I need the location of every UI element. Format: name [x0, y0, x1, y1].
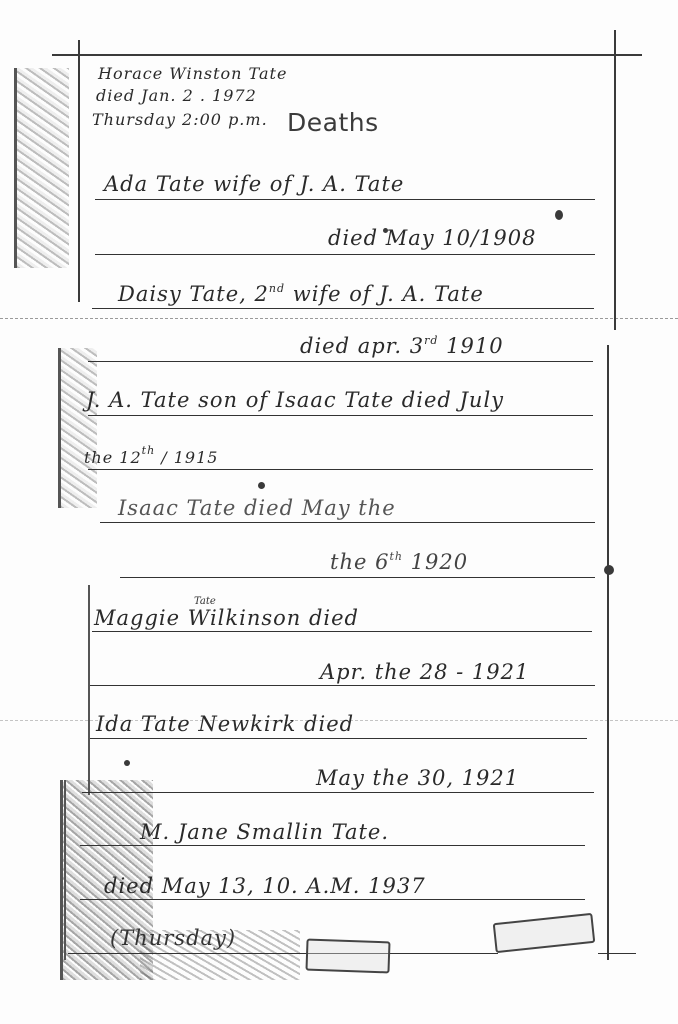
entry-2-line-2: died apr. 3rd 1910 [300, 334, 504, 358]
ink-spot [124, 760, 130, 766]
entry-4-year: 1920 [411, 550, 468, 574]
entry-2-ordinal-suffix: nd [269, 282, 285, 295]
ruled-line [68, 953, 498, 954]
fold-crease [0, 318, 678, 319]
paper-tear-stain [14, 68, 69, 268]
header-note-died: died Jan. 2 . 1972 [96, 86, 257, 105]
page-left-border [78, 40, 80, 302]
entry-3-date: the 12 [84, 448, 142, 467]
entry-5-line-2: Apr. the 28 - 1921 [320, 660, 529, 684]
tape-fragment [305, 939, 390, 974]
paper-tear-stain [58, 348, 97, 508]
page-right-border [614, 30, 616, 330]
entry-3-date-suffix: th [142, 444, 156, 457]
ruled-line [80, 845, 585, 846]
entry-2-name: Daisy Tate, [118, 282, 247, 306]
entry-5-line-1: Maggie Wilkinson died [94, 606, 359, 630]
entry-3-line-1: J. A. Tate son of Isaac Tate died July [86, 388, 504, 412]
entry-4-line-2: the 6th 1920 [330, 550, 468, 574]
entry-6-line-2: May the 30, 1921 [316, 766, 519, 790]
entry-4-date-suffix: th [389, 550, 403, 563]
entry-2-line-1: Daisy Tate, 2nd wife of J. A. Tate [118, 282, 484, 306]
ruled-line [90, 738, 587, 739]
page-right-border [607, 345, 609, 960]
tape-fragment [493, 913, 596, 953]
entry-4-date: the 6 [330, 550, 389, 574]
entry-7-line-2: died May 13, 10. A.M. 1937 [104, 874, 426, 898]
entry-3-year: / 1915 [161, 448, 218, 467]
ruled-line [100, 522, 595, 523]
page-left-border [88, 585, 90, 795]
header-note-name: Horace Winston Tate [98, 64, 287, 83]
page-top-border [52, 54, 642, 56]
header-note-day: Thursday 2:00 p.m. [92, 110, 268, 129]
ink-spot [604, 565, 614, 575]
entry-3-line-2: the 12th / 1915 [84, 444, 218, 467]
ruled-line [598, 953, 636, 954]
ruled-line [92, 631, 592, 632]
entry-2-date-suffix: rd [424, 334, 438, 347]
ruled-line [88, 361, 593, 362]
entry-2-ordinal: 2 [255, 282, 269, 306]
ruled-line [92, 308, 594, 309]
page-title: Deaths [287, 108, 379, 137]
ruled-line [90, 685, 595, 686]
entry-2-date: died apr. 3 [300, 334, 424, 358]
ruled-line [82, 792, 594, 793]
ruled-line [95, 254, 595, 255]
ruled-line [88, 469, 593, 470]
page-left-border [64, 780, 66, 960]
ink-spot [555, 210, 563, 220]
entry-7-line-3: (Thursday) [110, 926, 236, 950]
entry-2-rest: wife of J. A. Tate [293, 282, 484, 306]
entry-6-line-1: Ida Tate Newkirk died [96, 712, 354, 736]
entry-1-line-1: Ada Tate wife of J. A. Tate [104, 172, 404, 196]
entry-1-line-2: died May 10/1908 [328, 226, 537, 250]
ink-spot [383, 228, 388, 233]
ruled-line [88, 415, 593, 416]
entry-2-year: 1910 [446, 334, 503, 358]
entry-4-line-1: Isaac Tate died May the [118, 496, 396, 520]
scanned-document-page: Horace Winston Tate died Jan. 2 . 1972 T… [0, 0, 678, 1024]
ruled-line [95, 199, 595, 200]
entry-7-line-1: M. Jane Smallin Tate. [140, 820, 389, 844]
ruled-line [80, 899, 585, 900]
ink-spot [258, 482, 265, 489]
ruled-line [120, 577, 595, 578]
